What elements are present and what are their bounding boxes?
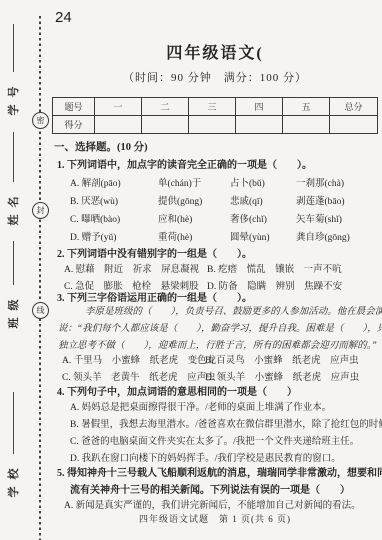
page-corner-number: 24 bbox=[55, 9, 72, 26]
q1-c-item2: 应和(hè) bbox=[158, 211, 230, 225]
q3-option-b: B. 百灵鸟 小蜜蜂 纸老虎 应声虫 bbox=[205, 352, 359, 366]
q2-option-a: A. 慰藉 附近 祈求 屏息凝视 bbox=[64, 261, 207, 275]
q4-option-d: D. 我趴在窗口向楼下的妈妈挥手。/我们学校是惠民教育的窗口。 bbox=[70, 450, 341, 464]
paper-title: 四年级语文( bbox=[166, 45, 263, 62]
q1-a-item4: 一刹那(chà) bbox=[296, 175, 344, 189]
school-write-line bbox=[13, 393, 14, 455]
q1-a-item2: 单(chán)于 bbox=[158, 175, 230, 189]
q5-stem-line2: 流有关神舟十三号的相关新闻。下列说法有误的一项是（ ） bbox=[70, 481, 350, 496]
q4-option-c: C. 爸爸的电脑桌面文件夹实在太多了。/我把一个文件夹递给班主任。 bbox=[70, 433, 359, 447]
q1-option-b: B. 厌恶(wù) 提供(gōng) 悲戚(qī) 剥莲蓬(bāo) bbox=[70, 193, 345, 207]
q3-stem: 3. 下列三字俗语运用正确的一组是（ ）。 bbox=[57, 289, 252, 304]
q4-stem: 4. 下列句子中，加点词语的意思相同的一项是（ ） bbox=[57, 383, 297, 398]
q5-stem-line1: 5. 得知神舟十三号载人飞船顺利返航的消息，瑞瑞同学非常激动，想要和同学们交 bbox=[57, 464, 382, 479]
q1-c-item3: 奢侈(chǐ) bbox=[230, 211, 296, 225]
paper-title-wrap: 四年级语文( bbox=[52, 40, 378, 63]
score-cell-total bbox=[330, 116, 378, 134]
student-id-write-line bbox=[13, 25, 14, 73]
q3-passage-line3: 独立思考不做（ ），迎难而上，行胜于言，所有的困难都会迎刃而解的。” bbox=[58, 337, 377, 351]
score-col-timu: 题号 bbox=[53, 98, 95, 116]
margin-field-name: 姓名 bbox=[0, 171, 62, 187]
score-cell-5 bbox=[283, 116, 330, 134]
score-cell-1 bbox=[95, 116, 142, 134]
score-row-label: 得分 bbox=[53, 116, 95, 134]
seal-circle-feng: 封 bbox=[32, 202, 49, 219]
q1-a-item3: 占卜(bǔ) bbox=[230, 175, 296, 189]
score-table-header-row: 题号 一 二 三 四 五 总分 bbox=[53, 98, 378, 116]
paper-subtitle-wrap: （时间：90 分钟 满分：100 分） bbox=[52, 68, 378, 86]
q3-options-cd: C. 领头羊 老黄牛 纸老虎 应声虫 D. 领头羊 小蜜蜂 纸老虎 应声虫 bbox=[62, 369, 359, 383]
margin-field-class: 班级 bbox=[0, 277, 58, 293]
q3-option-a: A. 千里马 小蜜蜂 纸老虎 变色龙 bbox=[62, 352, 205, 366]
score-col-5: 五 bbox=[283, 98, 330, 116]
name-label: 姓名 bbox=[5, 190, 21, 226]
class-label: 班级 bbox=[5, 293, 21, 329]
q1-b-item4: 剥莲蓬(bāo) bbox=[296, 193, 345, 207]
q3-option-c: C. 领头羊 老黄牛 纸老虎 应声虫 bbox=[62, 369, 205, 383]
exam-paper-page: 24 密 封 线 学号 姓名 班级 学校 四年级语文( （时间：90 分钟 满分… bbox=[0, 0, 382, 540]
seal-circle-xian: 线 bbox=[32, 302, 49, 319]
q1-b-item3: 悲戚(qī) bbox=[230, 193, 296, 207]
q4-option-a: A. 妈妈总是把桌面擦得很干净。/老师的桌面上堆满了作业本。 bbox=[70, 399, 331, 413]
page-footer: 四年级语文试题 第 1 页(共 6 页) bbox=[52, 512, 378, 525]
q2-options-ab: A. 慰藉 附近 祈求 屏息凝视 B. 疙瘩 慌乱 镶嵌 一声不吭 bbox=[64, 261, 342, 275]
class-write-line bbox=[13, 242, 14, 286]
time-score-info: （时间：90 分钟 满分：100 分） bbox=[123, 72, 307, 84]
q3-options-ab: A. 千里马 小蜜蜂 纸老虎 变色龙 B. 百灵鸟 小蜜蜂 纸老虎 应声虫 bbox=[62, 352, 359, 366]
score-cell-4 bbox=[236, 116, 283, 134]
score-col-2: 二 bbox=[142, 98, 189, 116]
seal-circle-mi: 密 bbox=[32, 112, 49, 129]
score-col-3: 三 bbox=[189, 98, 236, 116]
q5-option-a: A. 新闻是真实严谨的，我们讲完新闻后，不能增加自己对新闻的看法。 bbox=[64, 497, 361, 511]
score-cell-3 bbox=[189, 116, 236, 134]
school-label: 学校 bbox=[5, 462, 21, 498]
margin-field-school: 学校 bbox=[0, 437, 70, 453]
score-col-1: 一 bbox=[95, 98, 142, 116]
q1-c-item1: C. 曝晒(bào) bbox=[70, 211, 158, 225]
q1-d-item2: 重荷(hè) bbox=[158, 229, 230, 243]
q1-option-c: C. 曝晒(bào) 应和(hè) 奢侈(chǐ) 矢车菊(shǐ) bbox=[70, 211, 342, 225]
q3-passage-line2: 说：“我们每个人都应该是（ ），勤奋学习，提升自我。困难是（ ），只要我们 bbox=[58, 320, 382, 334]
score-col-total: 总分 bbox=[330, 98, 378, 116]
section-1-heading: 一、选择题。(10 分) bbox=[54, 139, 148, 154]
q1-option-a: A. 解剖(pāo) 单(chán)于 占卜(bǔ) 一刹那(chà) bbox=[70, 175, 344, 189]
q1-c-item4: 矢车菊(shǐ) bbox=[296, 211, 342, 225]
q1-d-item1: D. 赠予(yǔ) bbox=[70, 229, 158, 243]
q2-option-b: B. 疙瘩 慌乱 镶嵌 一声不吭 bbox=[207, 261, 342, 275]
score-table: 题号 一 二 三 四 五 总分 得分 bbox=[52, 97, 378, 134]
q3-option-d: D. 领头羊 小蜜蜂 纸老虎 应声虫 bbox=[205, 369, 359, 383]
q1-d-item3: 圆晕(yùn) bbox=[230, 229, 296, 243]
student-id-label: 学号 bbox=[5, 80, 21, 116]
score-cell-2 bbox=[142, 116, 189, 134]
q2-stem: 2. 下列词语中没有错别字的一组是（ ）。 bbox=[57, 245, 252, 260]
q1-b-item1: B. 厌恶(wù) bbox=[70, 193, 158, 207]
q4-option-b: B. 暑假里，我想去海里潜水。/爸爸喜欢在微信群里潜水，除了抢红包的时候。 bbox=[70, 416, 382, 430]
q1-stem: 1. 下列词语中，加点字的读音完全正确的一项是（ ）。 bbox=[57, 156, 312, 171]
q1-b-item2: 提供(gōng) bbox=[158, 193, 230, 207]
q3-passage-line1: 李原是班级的（ ），负责号召、鼓励更多的人参加活动。他在晨会演讲中 bbox=[85, 303, 382, 317]
q1-d-item4: 龚自珍(gōng) bbox=[296, 229, 350, 243]
score-table-score-row: 得分 bbox=[53, 116, 378, 134]
score-col-4: 四 bbox=[236, 98, 283, 116]
q1-a-item1: A. 解剖(pāo) bbox=[70, 175, 158, 189]
name-write-line bbox=[13, 133, 14, 183]
q1-option-d: D. 赠予(yǔ) 重荷(hè) 圆晕(yùn) 龚自珍(gōng) bbox=[70, 229, 350, 243]
